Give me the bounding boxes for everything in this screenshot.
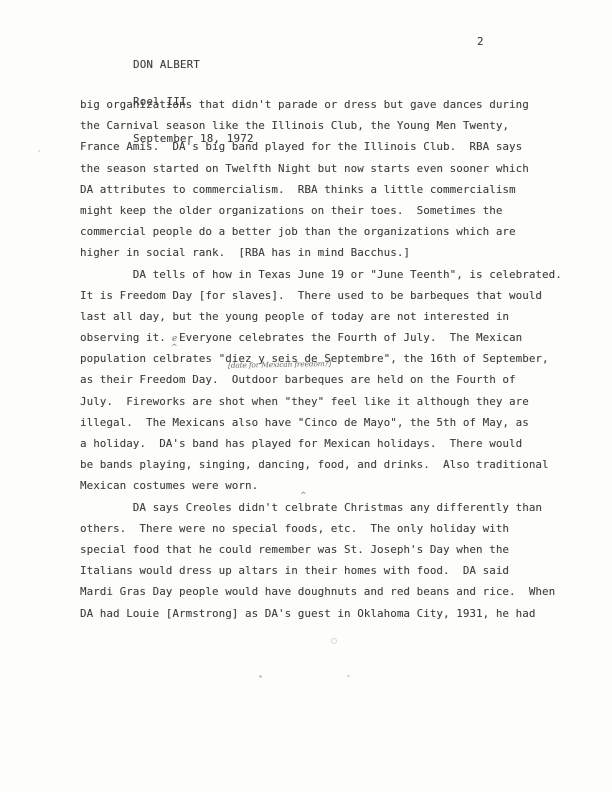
text-line: It is Freedom Day [for slaves]. There us… [80, 285, 592, 306]
text-line: might keep the older organizations on th… [80, 200, 592, 221]
text-line: population celbrates "diez y seis de Sep… [80, 348, 592, 369]
scan-speck [259, 675, 262, 678]
scan-speck [331, 638, 337, 644]
header-interviewee-name: DON ALBERT [133, 59, 254, 71]
text-line: Mexican costumes were worn. [80, 475, 592, 496]
text-line: higher in social rank. [RBA has in mind … [80, 242, 592, 263]
handwritten-caret-icon: ^ [300, 491, 307, 500]
text-line: the Carnival season like the Illinois Cl… [80, 115, 592, 136]
document-page: DON ALBERT Roel III September 18, 1972 2… [0, 0, 612, 792]
text-line: a holiday. DA's band has played for Mexi… [80, 433, 592, 454]
page-number: 2 [477, 35, 484, 48]
text-line: others. There were no special foods, etc… [80, 518, 592, 539]
scan-speck [38, 150, 40, 152]
text-line: July. Fireworks are shot when "they" fee… [80, 391, 592, 412]
text-line: DA attributes to commercialism. RBA thin… [80, 179, 592, 200]
scan-speck [347, 675, 350, 677]
text-line: special food that he could remember was … [80, 539, 592, 560]
text-line: DA had Louie [Armstrong] as DA's guest i… [80, 603, 592, 624]
text-line: last all day, but the young people of to… [80, 306, 592, 327]
text-line: the season started on Twelfth Night but … [80, 158, 592, 179]
text-line: be bands playing, singing, dancing, food… [80, 454, 592, 475]
handwritten-caret-icon: ^ [171, 343, 178, 352]
text-line: commercial people do a better job than t… [80, 221, 592, 242]
text-line: observing it. Everyone celebrates the Fo… [80, 327, 592, 348]
text-line: DA tells of how in Texas June 19 or "Jun… [80, 264, 592, 285]
text-line: illegal. The Mexicans also have "Cinco d… [80, 412, 592, 433]
text-line: Italians would dress up altars in their … [80, 560, 592, 581]
body-text: big organizations that didn't parade or … [80, 94, 592, 624]
text-line: Mardi Gras Day people would have doughnu… [80, 581, 592, 602]
text-line: DA says Creoles didn't celbrate Christma… [80, 497, 592, 518]
handwritten-margin-note: [date for Mexican freedom?] [228, 359, 331, 370]
text-line: big organizations that didn't parade or … [80, 94, 592, 115]
text-line: France Amis. DA's big band played for th… [80, 136, 592, 157]
text-line: as their Freedom Day. Outdoor barbeques … [80, 369, 592, 390]
